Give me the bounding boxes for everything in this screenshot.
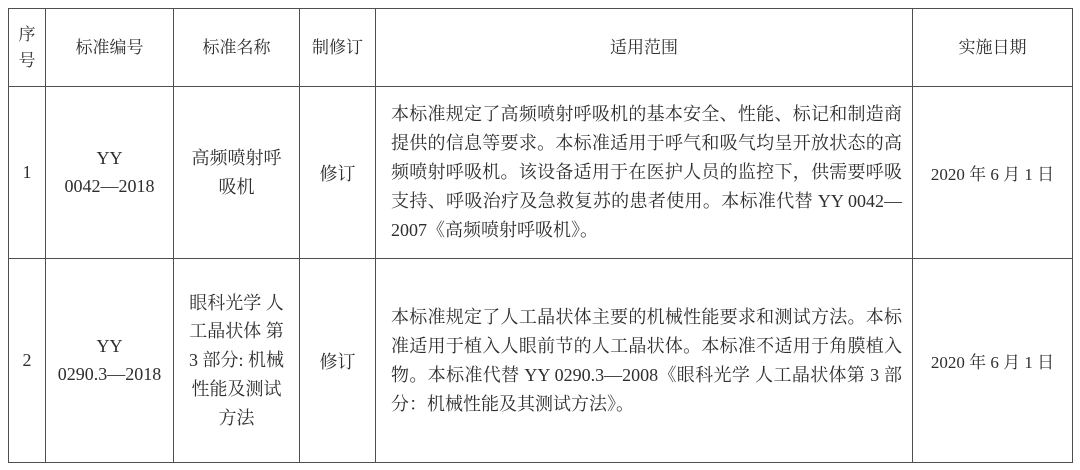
cell-standard-code: YY 0290.3—2018 bbox=[46, 259, 174, 463]
standard-code-prefix: YY bbox=[50, 145, 169, 173]
cell-seq: 1 bbox=[9, 87, 46, 259]
header-row: 序号 标准编号 标准名称 制修订 适用范围 实施日期 bbox=[9, 9, 1073, 87]
cell-standard-name: 高频喷射呼吸机 bbox=[174, 87, 300, 259]
header-seq: 序号 bbox=[9, 9, 46, 87]
header-code: 标准编号 bbox=[46, 9, 174, 87]
cell-standard-name: 眼科光学 人工晶状体 第 3 部分: 机械性能及测试方法 bbox=[174, 259, 300, 463]
document-page: 序号 标准编号 标准名称 制修订 适用范围 实施日期 1 YY 0042—201… bbox=[0, 0, 1080, 470]
cell-scope: 本标准规定了人工晶状体主要的机械性能要求和测试方法。本标准适用于植入人眼前节的人… bbox=[376, 259, 913, 463]
cell-revision: 修订 bbox=[300, 87, 376, 259]
cell-revision: 修订 bbox=[300, 259, 376, 463]
header-scope: 适用范围 bbox=[376, 9, 913, 87]
table-row: 1 YY 0042—2018 高频喷射呼吸机 修订 本标准规定了高频喷射呼吸机的… bbox=[9, 87, 1073, 259]
standard-code-number: 0290.3—2018 bbox=[50, 361, 169, 389]
header-name: 标准名称 bbox=[174, 9, 300, 87]
cell-date: 2020 年 6 月 1 日 bbox=[913, 259, 1073, 463]
header-revision: 制修订 bbox=[300, 9, 376, 87]
table-row: 2 YY 0290.3—2018 眼科光学 人工晶状体 第 3 部分: 机械性能… bbox=[9, 259, 1073, 463]
standard-code-prefix: YY bbox=[50, 333, 169, 361]
header-date: 实施日期 bbox=[913, 9, 1073, 87]
standard-code-number: 0042—2018 bbox=[50, 173, 169, 201]
cell-scope: 本标准规定了高频喷射呼吸机的基本安全、性能、标记和制造商提供的信息等要求。本标准… bbox=[376, 87, 913, 259]
cell-date: 2020 年 6 月 1 日 bbox=[913, 87, 1073, 259]
standards-table: 序号 标准编号 标准名称 制修订 适用范围 实施日期 1 YY 0042—201… bbox=[8, 8, 1073, 463]
cell-standard-code: YY 0042—2018 bbox=[46, 87, 174, 259]
cell-seq: 2 bbox=[9, 259, 46, 463]
